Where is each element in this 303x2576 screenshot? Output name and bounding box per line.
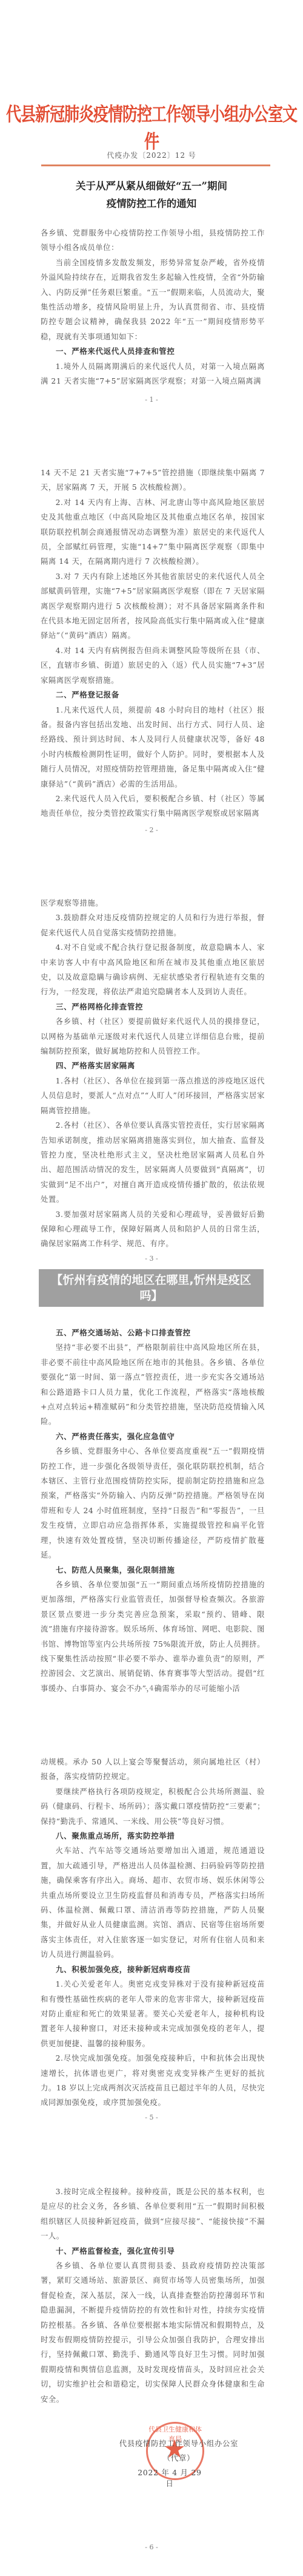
- section-9-item-3: 3.按时完成全程接种。接种疫苗，既是公民的基本权利，也是应尽的社会义务，各乡镇、…: [41, 2185, 265, 2244]
- page-number: - 6 -: [0, 2543, 303, 2551]
- section-7-item-2: 要继续严格执行各项防疫规定，积极配合公共场所测温、验码（健康码、行程卡、场所码）…: [41, 1785, 265, 1829]
- section-1-item-2: 2.对 14 天内有上海、吉林、河北唐山等中高风险地区旅居史及其他重点地区（中高…: [41, 495, 265, 569]
- section-8-item-1: 火车站、汽车站等交通场站要增加出入通道，规范通道设置，加大疏通引导，严格进出人员…: [41, 1843, 265, 1962]
- section-1-item-1: 1.境外人员隔离期满后的来代返代人员，对第一入境点隔离满 21 天者实施“7+5…: [41, 359, 265, 389]
- section-6-heading: 六、严格责任落实，强化应急值守: [41, 1429, 265, 1444]
- section-2-item-2-cont: 医学观察等措施。: [41, 896, 265, 910]
- section-1-item-4: 4.对 14 天内有病例报告但尚未调整风险等级所在县（市、区，直辖市乡镇、街道）…: [41, 643, 265, 688]
- section-2-item-2: 2.来代返代人员入代后，要积极配合乡镇、村（社区）等属地责任单位，按分类管控政策…: [41, 791, 265, 821]
- document-title: 关于从严从紧从细做好“五一”期间 疫情防控工作的通知: [0, 177, 303, 212]
- page-number: - 4 -: [0, 1684, 303, 1692]
- section-2-item-3: 3.鼓励群众对违反疫情防控规定的人员和行为进行举报，督促来代返代人员自觉落实疫情…: [41, 910, 265, 940]
- salutation: 各乡镇、党群服务中心疫情防控工作领导小组，县疫情防控工作领导小组各成员单位：: [41, 226, 265, 256]
- section-4-item-3: 3.要加强对居家隔离人员的关爱和心理疏导，妥善做好后勤保障和心理疏导工作，保障好…: [41, 1207, 265, 1252]
- page-4-body: 五、严格交通场站、公路卡口排查管控 坚持“非必要不出县”，严格限制前往中高风险地…: [41, 1326, 265, 1696]
- red-divider: [41, 164, 270, 166]
- issuer-header: 代县新冠肺炎疫情防控工作领导小组办公室文件: [0, 100, 303, 154]
- page-number: - 3 -: [0, 1255, 303, 1263]
- title-overlay-banner: 【忻州有疫情的地区在哪里,忻州是疫区吗】: [39, 1269, 264, 1307]
- section-10-item-1: 各乡镇、各单位要认真贯彻县委、县政府疫情防控决策部署，紧盯交通场站、旅游景区、商…: [41, 2259, 265, 2407]
- page-3-body: 医学观察等措施。 3.鼓励群众对违反疫情防控规定的人员和行为进行举报，督促来代返…: [41, 896, 265, 1252]
- section-1-item-3: 3.对 7 天内有除上述地区外其他省旅居史的来代返代人员全部赋黄码管理，实施“7…: [41, 569, 265, 643]
- section-7-item-1-cont: 动规模。承办 50 人以上宴会等聚餐活动，须向属地社区（村）报备，落实疫情防控规…: [41, 1755, 265, 1785]
- signature-office: 代县疫情防控工作领导小组办公室: [115, 2438, 242, 2449]
- document-number: 代疫办发〔2022〕12 号: [0, 150, 303, 160]
- section-4-item-2: 2.各村（社区）、各单位要认真落实管控责任，实行居家隔离告知承诺制度，推动居家隔…: [41, 1118, 265, 1207]
- section-10-heading: 十、严格监督检查，强化宣传引导: [41, 2244, 265, 2259]
- page-number: - 2 -: [0, 826, 303, 834]
- page-5-body: 动规模。承办 50 人以上宴会等聚餐活动，须向属地社区（村）报备，落实疫情防控规…: [41, 1755, 265, 2110]
- page-number: - 1 -: [0, 396, 303, 404]
- section-5-heading: 五、严格交通场站、公路卡口排查管控: [41, 1326, 265, 1340]
- section-2-item-4: 4.对不自觉或不配合执行登记报备制度，故意隐瞒本人、家中来访客人中有中高风险地区…: [41, 940, 265, 1000]
- page-number: - 5 -: [0, 2113, 303, 2121]
- intro-paragraph: 当前全国疫情多发散发频发，形势异常复杂严峻，省外疫情外溢风险持续存在，近期我省发…: [41, 256, 265, 344]
- section-1-item-1-cont: 14 天不足 21 天者实施“7+7+5”管控措施（即继续集中隔离 7 天，居家…: [41, 466, 265, 495]
- section-8-heading: 八、聚焦重点场所，落实防控举措: [41, 1829, 265, 1843]
- section-6-item-1: 各乡镇、党群服务中心、各单位要高度重视“五一”假期疫情防控工作，进一步强化各级领…: [41, 1444, 265, 1562]
- section-4-heading: 四、严格落实居家隔离: [41, 1059, 265, 1073]
- section-9-heading: 九、积极加强免疫，接种新冠病毒疫苗: [41, 1962, 265, 1977]
- section-7-heading: 七、防范人员聚集，强化限制措施: [41, 1563, 265, 1578]
- page-1-body: 各乡镇、党群服务中心疫情防控工作领导小组，县疫情防控工作领导小组各成员单位： 当…: [41, 226, 265, 388]
- seal-note: （代章）: [115, 2452, 242, 2463]
- title-line-1: 关于从严从紧从细做好“五一”期间: [0, 177, 303, 195]
- section-3-item-1: 各乡镇、村（社区）要提前做好来代返代人员的摸排登记，以网格为基础单元逐级对来代返…: [41, 1014, 265, 1059]
- page-2-body: 14 天不足 21 天者实施“7+7+5”管控措施（即继续集中隔离 7 天，居家…: [41, 466, 265, 821]
- section-9-item-2: 2.尽快完成加强免疫。加强免疫接种后，中和抗体会出现快速增长，抗体谱也更广，将对…: [41, 2051, 265, 2110]
- issue-date: 2022 年 4 月 29 日: [133, 2467, 206, 2489]
- section-2-item-1: 1.凡来代返代人员，须提前 48 小时向目的地村（社区）报备。报备内容包括出发地…: [41, 703, 265, 791]
- page-6-body: 3.按时完成全程接种。接种疫苗，既是公民的基本权利，也是应尽的社会义务，各乡镇、…: [41, 2185, 265, 2407]
- section-3-heading: 三、严格网格化排查管控: [41, 1000, 265, 1014]
- section-4-item-1: 1.各村（社区）、各单位在接到第一落点推送的涉疫地区返代人员信息时，要派人“点对…: [41, 1074, 265, 1118]
- section-5-item-1: 坚持“非必要不出县”，严格限制前往中高风险地区所在县，非必要不前往中高风险地区所…: [41, 1340, 265, 1429]
- section-9-item-1: 1.关心关爱老年人。奥密克戎变异株对于没有接种新冠疫苗和有慢性基础性疾病的老年人…: [41, 1977, 265, 2051]
- section-2-heading: 二、严格登记报备: [41, 688, 265, 702]
- title-line-2: 疫情防控工作的通知: [0, 195, 303, 212]
- section-7-item-1: 各乡镇、各单位要加强“五一”期间重点场所疫情防控措施的更加落细，严格落实行业监管…: [41, 1578, 265, 1696]
- section-1-heading: 一、严格来代返代人员排查和管控: [41, 344, 265, 359]
